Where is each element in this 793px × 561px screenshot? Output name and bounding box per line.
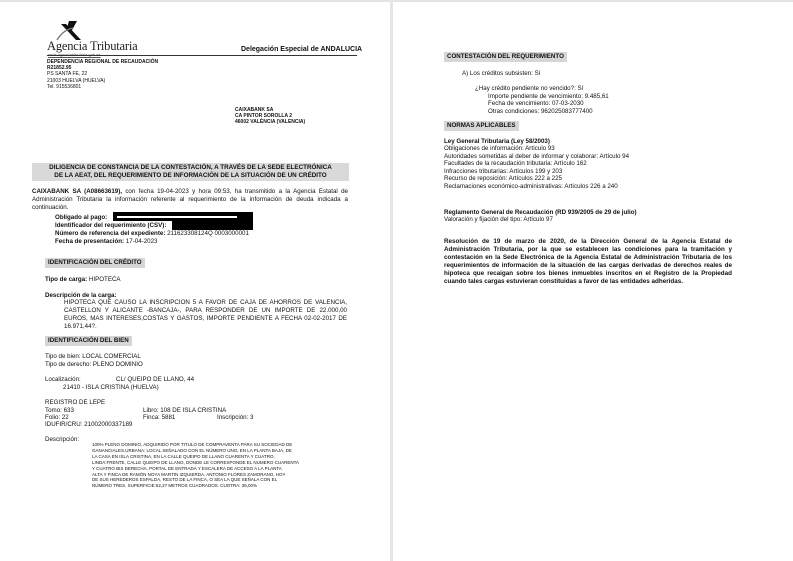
lgt-item: Obligaciones de información: Artículo 93 (444, 145, 629, 153)
section-identificacion-bien: IDENTIFICACIÓN DEL BIEN (45, 336, 132, 346)
recipient-city: 46002 VALÈNCIA (VALENCIA) (235, 119, 305, 125)
descripcion-line: LA CASA EN ISLA CRISTINA, EN LA CALLE QU… (92, 454, 299, 460)
csv-label: Identificador del requerimiento (CSV): (55, 222, 166, 229)
field-obligado: Obligado al pago: (55, 214, 107, 222)
document-title-line-2: DE LA AEAT, DEL REQUERIMIENTO DE INFORMA… (32, 172, 349, 180)
lgt-item: Reclamaciones económico-administrativas:… (444, 183, 629, 191)
document-title: DILIGENCIA DE CONSTANCIA DE LA CONTESTAC… (32, 163, 349, 181)
otras-condiciones: Otras condiciones: 962025083777400 (488, 108, 593, 116)
registro: REGISTRO DE LEPE (45, 399, 105, 407)
tipo-derecho: Tipo de derecho: PLENO DOMINIO (45, 361, 143, 369)
intro-paragraph: CAIXABANK SA (A08663619), con fecha 19-0… (32, 188, 348, 212)
descripcion-line: GANANCIALES.URBANA: LOCAL SEÑALADO CON E… (92, 448, 299, 454)
lgt-item: Recurso de reposición: Artículos 222 a 2… (444, 175, 629, 183)
field-tipo-carga: Tipo de carga: HIPOTECA (45, 276, 121, 284)
tipo-bien: Tipo de bien: LOCAL COMERCIAL (45, 353, 141, 361)
tipo-carga-value: HIPOTECA (87, 276, 120, 283)
localizacion-city: 21410 - ISLA CRISTINA (HUELVA) (63, 384, 159, 392)
fecha-value: 17-04-2023 (124, 238, 157, 245)
fecha-vencimiento: Fecha de vencimiento: 07-03-2030 (488, 100, 584, 108)
document-page-1: Agencia Tributaria sede.agenciatributari… (0, 2, 390, 561)
desc-carga-value: HIPOTECA QUE CAUSO LA INSCRIPCION 5 A FA… (64, 299, 347, 331)
descripcion-line: LINDA:FRENTE, CALLE QUEIPO DE LLANO, DON… (92, 460, 299, 466)
lgt-item: Autoridades sometidas al deber de inform… (444, 153, 629, 161)
section-identificacion-credito: IDENTIFICACIÓN DEL CRÉDITO (45, 258, 145, 268)
intro-bank: CAIXABANK SA (A08663619), (32, 188, 122, 195)
sender-address: DEPENDENCIA REGIONAL DE RECAUDACIÓN R218… (47, 59, 158, 90)
lgt-item: Facultades de la recaudación tributaria:… (444, 160, 629, 168)
section-contestacion: CONTESTACIÓN DEL REQUERIMIENTO (444, 52, 567, 62)
creditos-subsisten: A) Los créditos subsisten: Sí (462, 70, 540, 78)
finca: Finca: 5881 (143, 414, 175, 422)
field-csv: Identificador del requerimiento (CSV): (55, 222, 166, 230)
rgr-item: Valoración y fijación del tipo: Artículo… (444, 216, 553, 224)
descripcion-label: Descripción: (45, 436, 79, 444)
expediente-value: 211623308124Q 0003000001 (165, 230, 249, 237)
field-expediente: Número de referencia del expediente: 211… (55, 230, 249, 238)
descripcion-line: Y CUATRO BIS DERECHA, PORTAL DE ENTRADA … (92, 466, 299, 472)
document-page-2: CONTESTACIÓN DEL REQUERIMIENTO A) Los cr… (393, 2, 793, 561)
delegation-title: Delegación Especial de ANDALUCIA (241, 46, 362, 53)
tipo-carga-label: Tipo de carga: (45, 276, 87, 283)
recipient-address: CAIXABANK SA CA PINTOR SOROLLA 2 46002 V… (235, 107, 305, 126)
fecha-label: Fecha de presentación: (55, 238, 124, 245)
inscripcion: Inscripción: 3 (217, 414, 253, 422)
idufir: IDUFIR/CRU: 21002000337189 (45, 421, 132, 429)
lgt-list: Obligaciones de información: Artículo 93… (444, 145, 629, 191)
obligado-label: Obligado al pago: (55, 214, 107, 221)
localizacion-label: Localización: (45, 376, 81, 384)
descripcion-line: NÚMERO TRES. SUPERFICIE:62,27 METROS CUA… (92, 483, 299, 489)
lgt-item: Infracciones tributarias: Artículos 199 … (444, 168, 629, 176)
localizacion-street: CL/ QUEIPO DE LLANO, 44 (116, 376, 194, 384)
redaction-line (117, 216, 237, 218)
resolucion-paragraph: Resolución de 19 de marzo de 2020, de la… (444, 238, 732, 287)
descripcion-bien: 100% PLENO DOMINIO, ADQUIRIDO POR TITULO… (92, 442, 299, 489)
header-rule (47, 55, 357, 56)
sender-phone: Tel. 915536801 (47, 84, 158, 90)
expediente-label: Número de referencia del expediente: (55, 230, 165, 237)
document-title-line-1: DILIGENCIA DE CONSTANCIA DE LA CONTESTAC… (32, 164, 349, 172)
credito-pendiente: ¿Hay crédito pendiente no vencido?: Sí (475, 85, 583, 93)
section-normas: NORMAS APLICABLES (444, 121, 519, 131)
redaction-bar (172, 220, 253, 230)
field-fecha-presentacion: Fecha de presentación: 17-04-2023 (55, 238, 158, 246)
